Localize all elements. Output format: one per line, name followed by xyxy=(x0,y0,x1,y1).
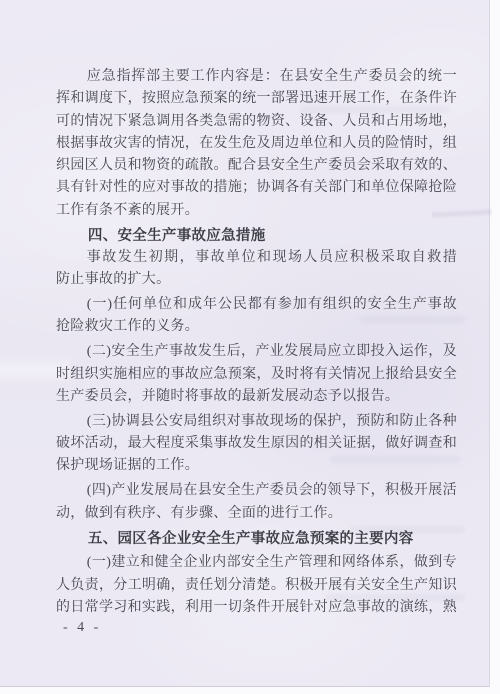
text-line: 保护现场证据的工作。 xyxy=(56,455,457,477)
paper-sheet: 应急指挥部主要工作内容是：在县安全生产委员会的统一指挥和调度下，按照应急预案的统… xyxy=(0,0,490,687)
text-line: 人负责，分工明确，责任划分清楚。积极开展有关安全生产知识 xyxy=(56,575,457,597)
text-line: 破坏活动，最大程度采集事故发生原因的相关证据，做好调查和 xyxy=(56,433,457,455)
text-line: (一)建立和健全企业内部安全生产管理和网络体系，做到专 xyxy=(56,552,457,574)
text-line: (二)安全生产事故发生后，产业发展局应立即投入运作，及 xyxy=(56,341,457,363)
text-line: 的日常学习和实践，利用一切条件开展针对应急事故的演练，熟 xyxy=(56,597,457,619)
text-line: 挥和调度下，按照应急预案的统一部署迅速开展工作，在条件许 xyxy=(56,88,457,110)
document-body: 应急指挥部主要工作内容是：在县安全生产委员会的统一指挥和调度下，按照应急预案的统… xyxy=(56,66,457,619)
text-line: 抢险救灾工作的义务。 xyxy=(56,316,457,338)
text-line: 动，做到有秩序、有步骤、全面的进行工作。 xyxy=(56,503,457,525)
text-line: 根据事故灾害的情况，在发生危及周边单位和人员的险情时，组 xyxy=(56,133,457,155)
page-number: - 4 - xyxy=(63,620,101,636)
text-line: 防止事故的扩大。 xyxy=(56,269,457,291)
text-line: 可的情况下紧急调用各类急需的物资、设备、人员和占用场地， xyxy=(56,111,457,133)
text-line: 时组织实施相应的事故应急预案，及时将有关情况上报给县安全 xyxy=(56,364,457,386)
text-line: 生产委员会，并随时将事故的最新发展动态予以报告。 xyxy=(56,386,457,408)
text-line: 应急指挥部主要工作内容是：在县安全生产委员会的统一指 xyxy=(56,66,457,88)
text-line: 五、园区各企业安全生产事故应急预案的主要内容 xyxy=(56,528,457,550)
text-line: 具有针对性的应对事故的措施；协调各有关部门和单位保障抢险 xyxy=(56,177,457,199)
text-line: 织园区人员和物资的疏散。配合县安全生产委员会采取有效的、 xyxy=(56,155,457,177)
text-line: 工作有条不紊的展开。 xyxy=(56,200,457,222)
text-line: (三)协调县公安局组织对事故现场的保护，预防和防止各种 xyxy=(56,411,457,433)
text-line: 事故发生初期，事故单位和现场人员应积极采取自救措施， xyxy=(56,247,457,269)
text-line: (四)产业发展局在县安全生产委员会的领导下，积极开展活 xyxy=(56,480,457,502)
scanned-page: 应急指挥部主要工作内容是：在县安全生产委员会的统一指挥和调度下，按照应急预案的统… xyxy=(0,0,500,694)
text-line: 四、安全生产事故应急措施 xyxy=(56,225,457,247)
text-line: (一)任何单位和成年公民都有参加有组织的安全生产事故 xyxy=(56,294,457,316)
